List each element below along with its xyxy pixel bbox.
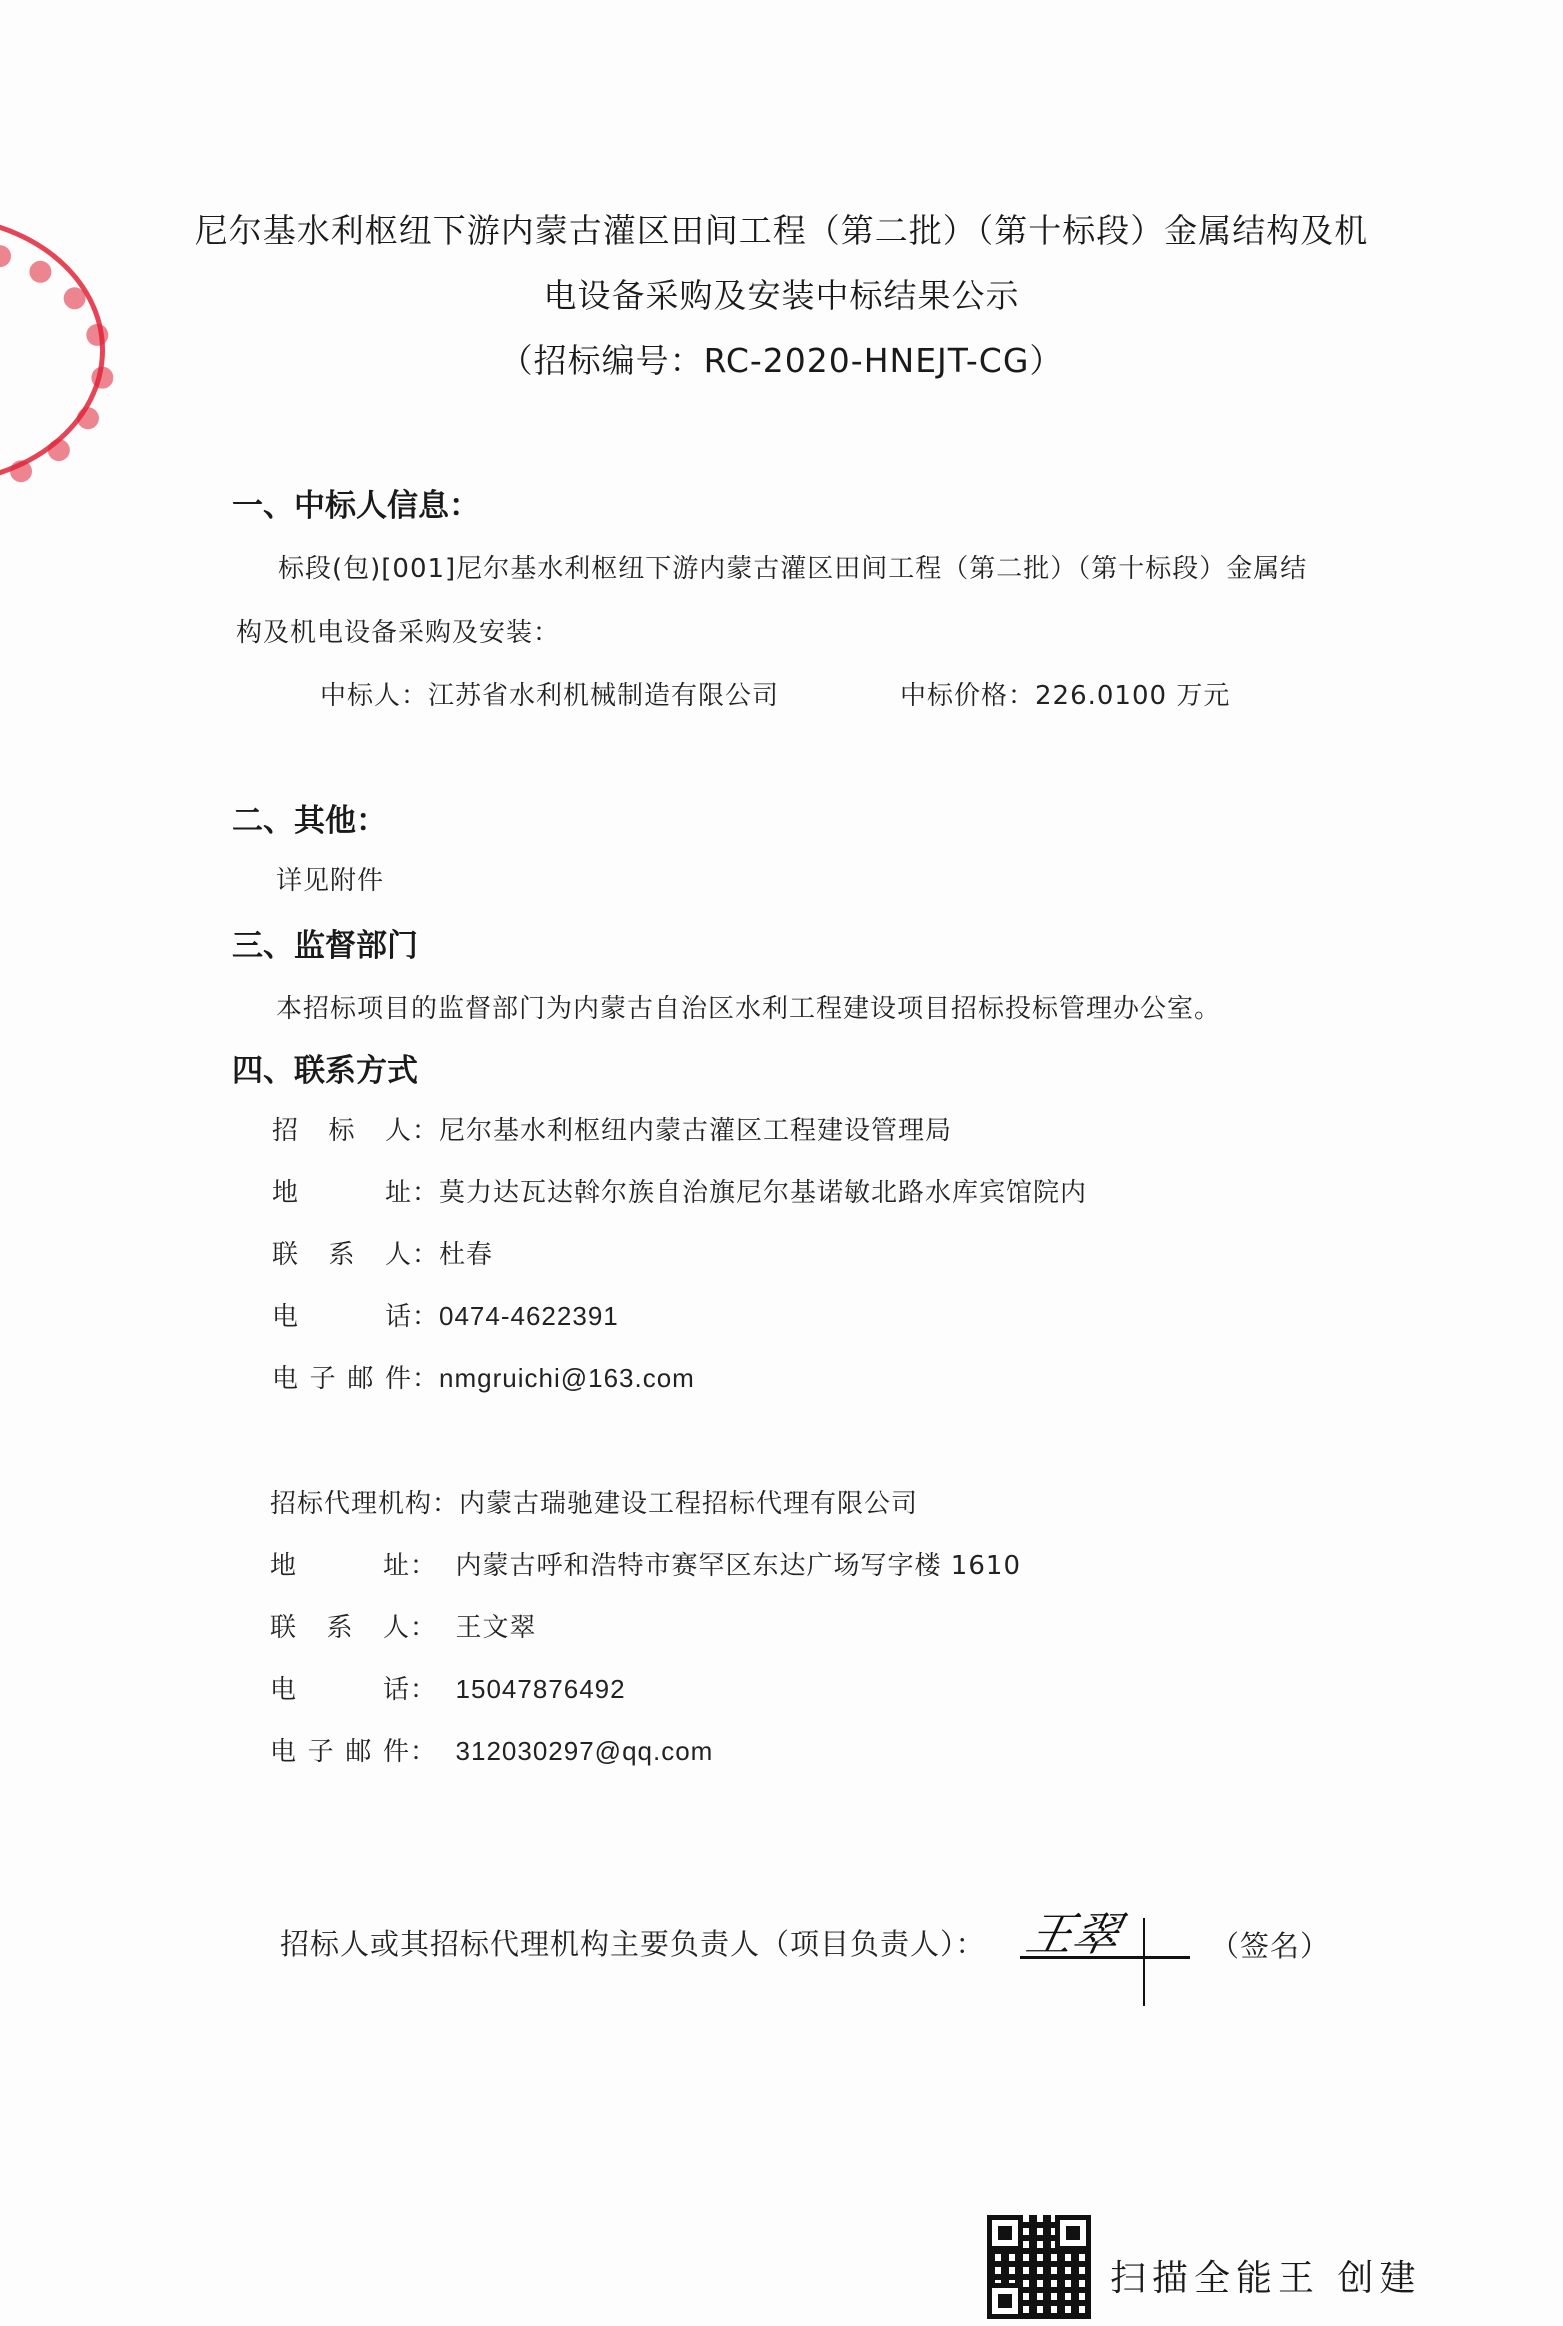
contact-label: 招标人 <box>272 1110 412 1147</box>
tenderer-contact-row: 联系人：杜春 <box>272 1234 493 1271</box>
section-heading-supervision: 三、监督部门 <box>232 920 418 965</box>
agency-phone-row: 电话： 15047876492 <box>270 1669 626 1706</box>
lot-description-line1: 标段(包)[001]尼尔基水利枢纽下游内蒙古灌区田间工程（第二批）（第十标段）金… <box>278 548 1307 585</box>
signature-stroke <box>1143 1918 1145 2006</box>
qr-finder <box>1055 2215 1091 2251</box>
section-heading-winner-info: 一、中标人信息： <box>232 480 480 525</box>
agency-address: 内蒙古呼和浩特市赛罕区东达广场写字楼 1610 <box>456 1551 1021 1581</box>
tenderer-email-row: 电子邮件：nmgruichi@163.com <box>272 1358 695 1395</box>
winning-price: 中标价格：226.0100 万元 <box>900 675 1230 712</box>
contact-label: 联系人 <box>272 1234 412 1271</box>
document-title-line1: 尼尔基水利枢纽下游内蒙古灌区田间工程（第二批）（第十标段）金属结构及机 <box>0 205 1563 252</box>
contact-label: 联系人 <box>270 1607 410 1644</box>
agency-address-row: 地址： 内蒙古呼和浩特市赛罕区东达广场写字楼 1610 <box>270 1545 1021 1582</box>
signature-prefix: 招标人或其招标代理机构主要负责人（项目负责人）： <box>280 1922 986 1963</box>
agency-phone: 15047876492 <box>456 1674 626 1704</box>
agency-contact-person: 王文翠 <box>456 1613 537 1643</box>
tenderer-row: 招标人：尼尔基水利枢纽内蒙古灌区工程建设管理局 <box>272 1110 952 1147</box>
agency-email: 312030297@qq.com <box>456 1736 714 1766</box>
tender-number: （招标编号：RC-2020-HNEJT-CG） <box>0 335 1563 382</box>
tenderer-contact-person: 杜春 <box>439 1240 493 1270</box>
agency-row: 招标代理机构：内蒙古瑞驰建设工程招标代理有限公司 <box>270 1483 918 1520</box>
contact-label: 电话 <box>270 1669 410 1706</box>
contact-label: 电话 <box>272 1296 412 1333</box>
contact-label: 地址 <box>270 1545 410 1582</box>
scanner-watermark: 扫描全能王 创建 <box>1110 2250 1421 2301</box>
tenderer-phone-row: 电话：0474-4622391 <box>272 1296 619 1333</box>
agency-contact-row: 联系人： 王文翠 <box>270 1607 537 1644</box>
signature-suffix: （签名） <box>1210 1924 1330 1965</box>
section-heading-other: 二、其他： <box>232 795 387 840</box>
agency-email-row: 电子邮件： 312030297@qq.com <box>270 1731 713 1768</box>
tenderer-phone: 0474-4622391 <box>439 1301 619 1331</box>
contact-label: 地址 <box>272 1172 412 1209</box>
tenderer-email: nmgruichi@163.com <box>439 1363 695 1393</box>
see-attachment-text: 详见附件 <box>276 860 384 897</box>
tenderer-name: 尼尔基水利枢纽内蒙古灌区工程建设管理局 <box>439 1116 952 1146</box>
agency-name: 内蒙古瑞驰建设工程招标代理有限公司 <box>459 1489 918 1519</box>
contact-label: 电子邮件 <box>272 1358 412 1395</box>
qr-finder <box>987 2215 1023 2251</box>
contact-label: 电子邮件 <box>270 1731 410 1768</box>
document-title-line2: 电设备采购及安装中标结果公示 <box>0 270 1563 317</box>
supervision-department-text: 本招标项目的监督部门为内蒙古自治区水利工程建设项目招标投标管理办公室。 <box>276 988 1221 1025</box>
winning-bidder: 中标人：江苏省水利机械制造有限公司 <box>320 675 779 712</box>
qr-finder <box>987 2283 1023 2319</box>
contact-label: 招标代理机构 <box>270 1483 432 1520</box>
lot-description-line2: 构及机电设备采购及安装： <box>236 612 560 649</box>
tenderer-address-row: 地址：莫力达瓦达斡尔族自治旗尼尔基诺敏北路水库宾馆院内 <box>272 1172 1087 1209</box>
handwritten-signature: 王翠 <box>1021 1898 1127 1964</box>
section-heading-contact: 四、联系方式 <box>232 1045 418 1090</box>
signature-underline <box>1020 1956 1190 1959</box>
qr-code-icon <box>987 2215 1091 2319</box>
tenderer-address: 莫力达瓦达斡尔族自治旗尼尔基诺敏北路水库宾馆院内 <box>439 1178 1087 1208</box>
